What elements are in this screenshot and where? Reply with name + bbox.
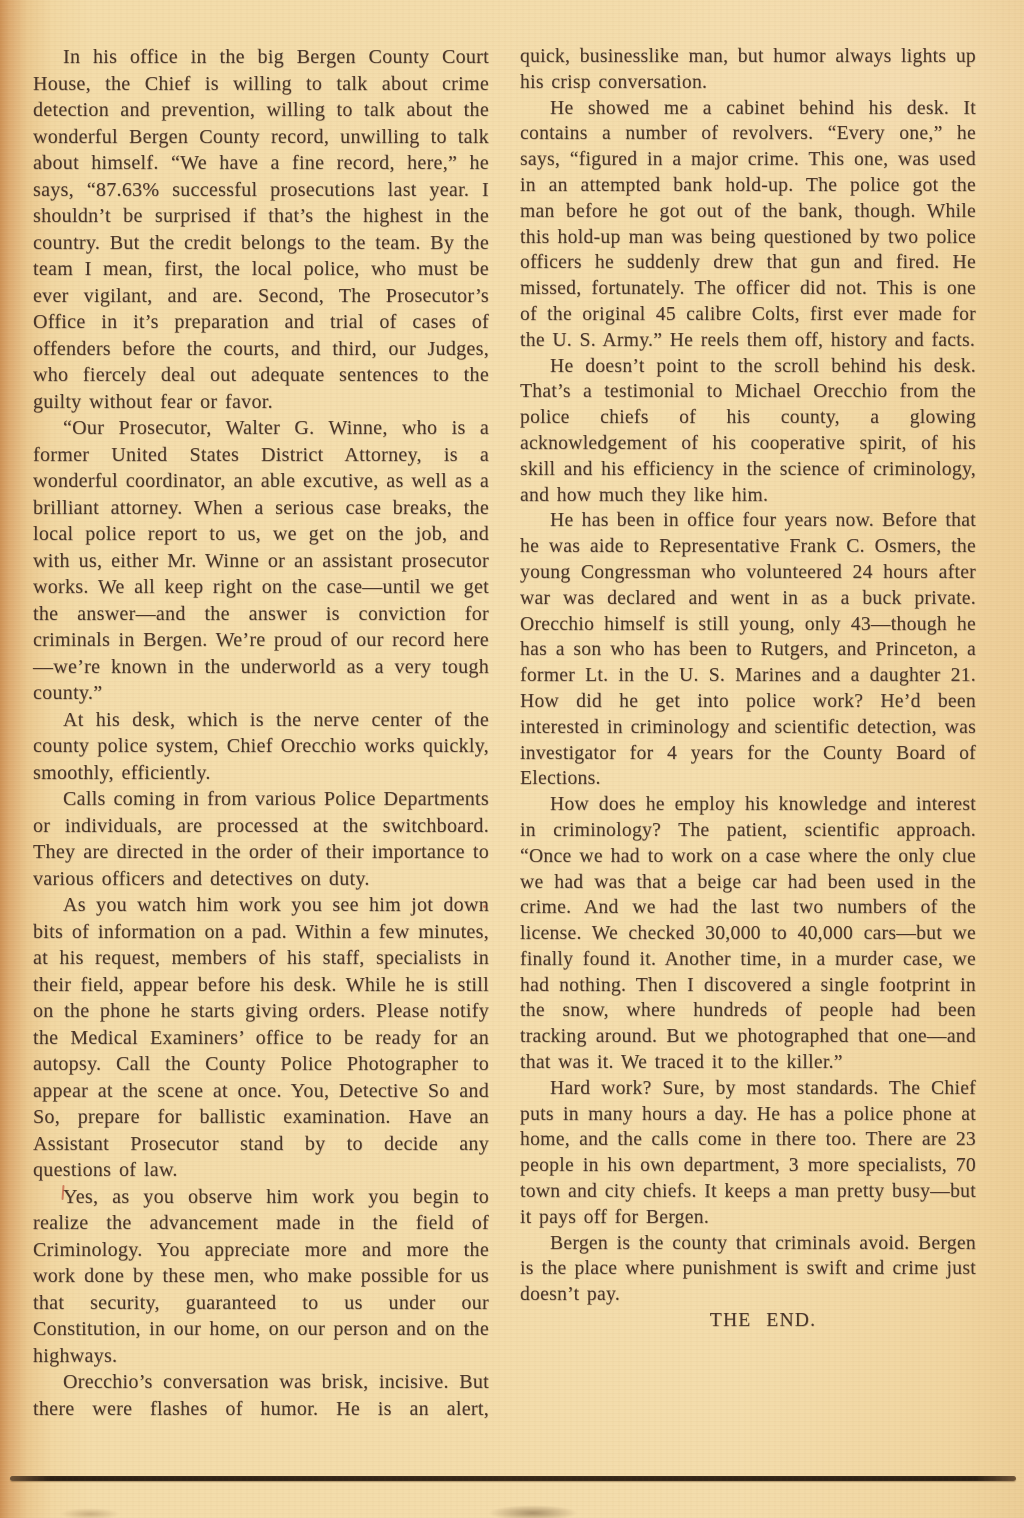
paragraph: Hard work? Sure, by most standards. The … — [520, 1076, 976, 1231]
paragraph: Calls coming in from various Police Depa… — [33, 786, 489, 892]
paragraph: As you watch him work you see him jot do… — [33, 892, 489, 1184]
paragraph: Orecchio’s conversation was brisk, incis… — [33, 1369, 489, 1422]
paragraph: He has been in office four years now. Be… — [520, 508, 976, 792]
paragraph: Yes, as you observe him work you begin t… — [33, 1184, 489, 1370]
paragraph: How does he employ his knowledge and int… — [520, 792, 976, 1076]
bottom-rule — [10, 1476, 1016, 1481]
the-end-label: THE END. — [520, 1308, 976, 1334]
paragraph: “Our Prosecutor, Walter G. Winne, who is… — [33, 415, 489, 707]
paragraph: He showed me a cabinet behind his desk. … — [520, 96, 976, 354]
paragraph: In his office in the big Bergen County C… — [33, 44, 489, 415]
text-column-left: In his office in the big Bergen County C… — [33, 44, 489, 1422]
paper-smudge — [488, 1505, 578, 1518]
paragraph: Bergen is the county that criminals avoi… — [520, 1231, 976, 1308]
magazine-page: In his office in the big Bergen County C… — [0, 0, 1024, 1518]
paragraph: quick, businesslike man, but humor alway… — [520, 44, 976, 96]
text-column-right: quick, businesslike man, but humor alway… — [520, 44, 976, 1334]
paragraph: At his desk, which is the nerve center o… — [33, 707, 489, 787]
red-ink-speck — [483, 905, 486, 908]
paragraph: He doesn’t point to the scroll behind hi… — [520, 354, 976, 509]
paper-smudge — [60, 1508, 120, 1518]
